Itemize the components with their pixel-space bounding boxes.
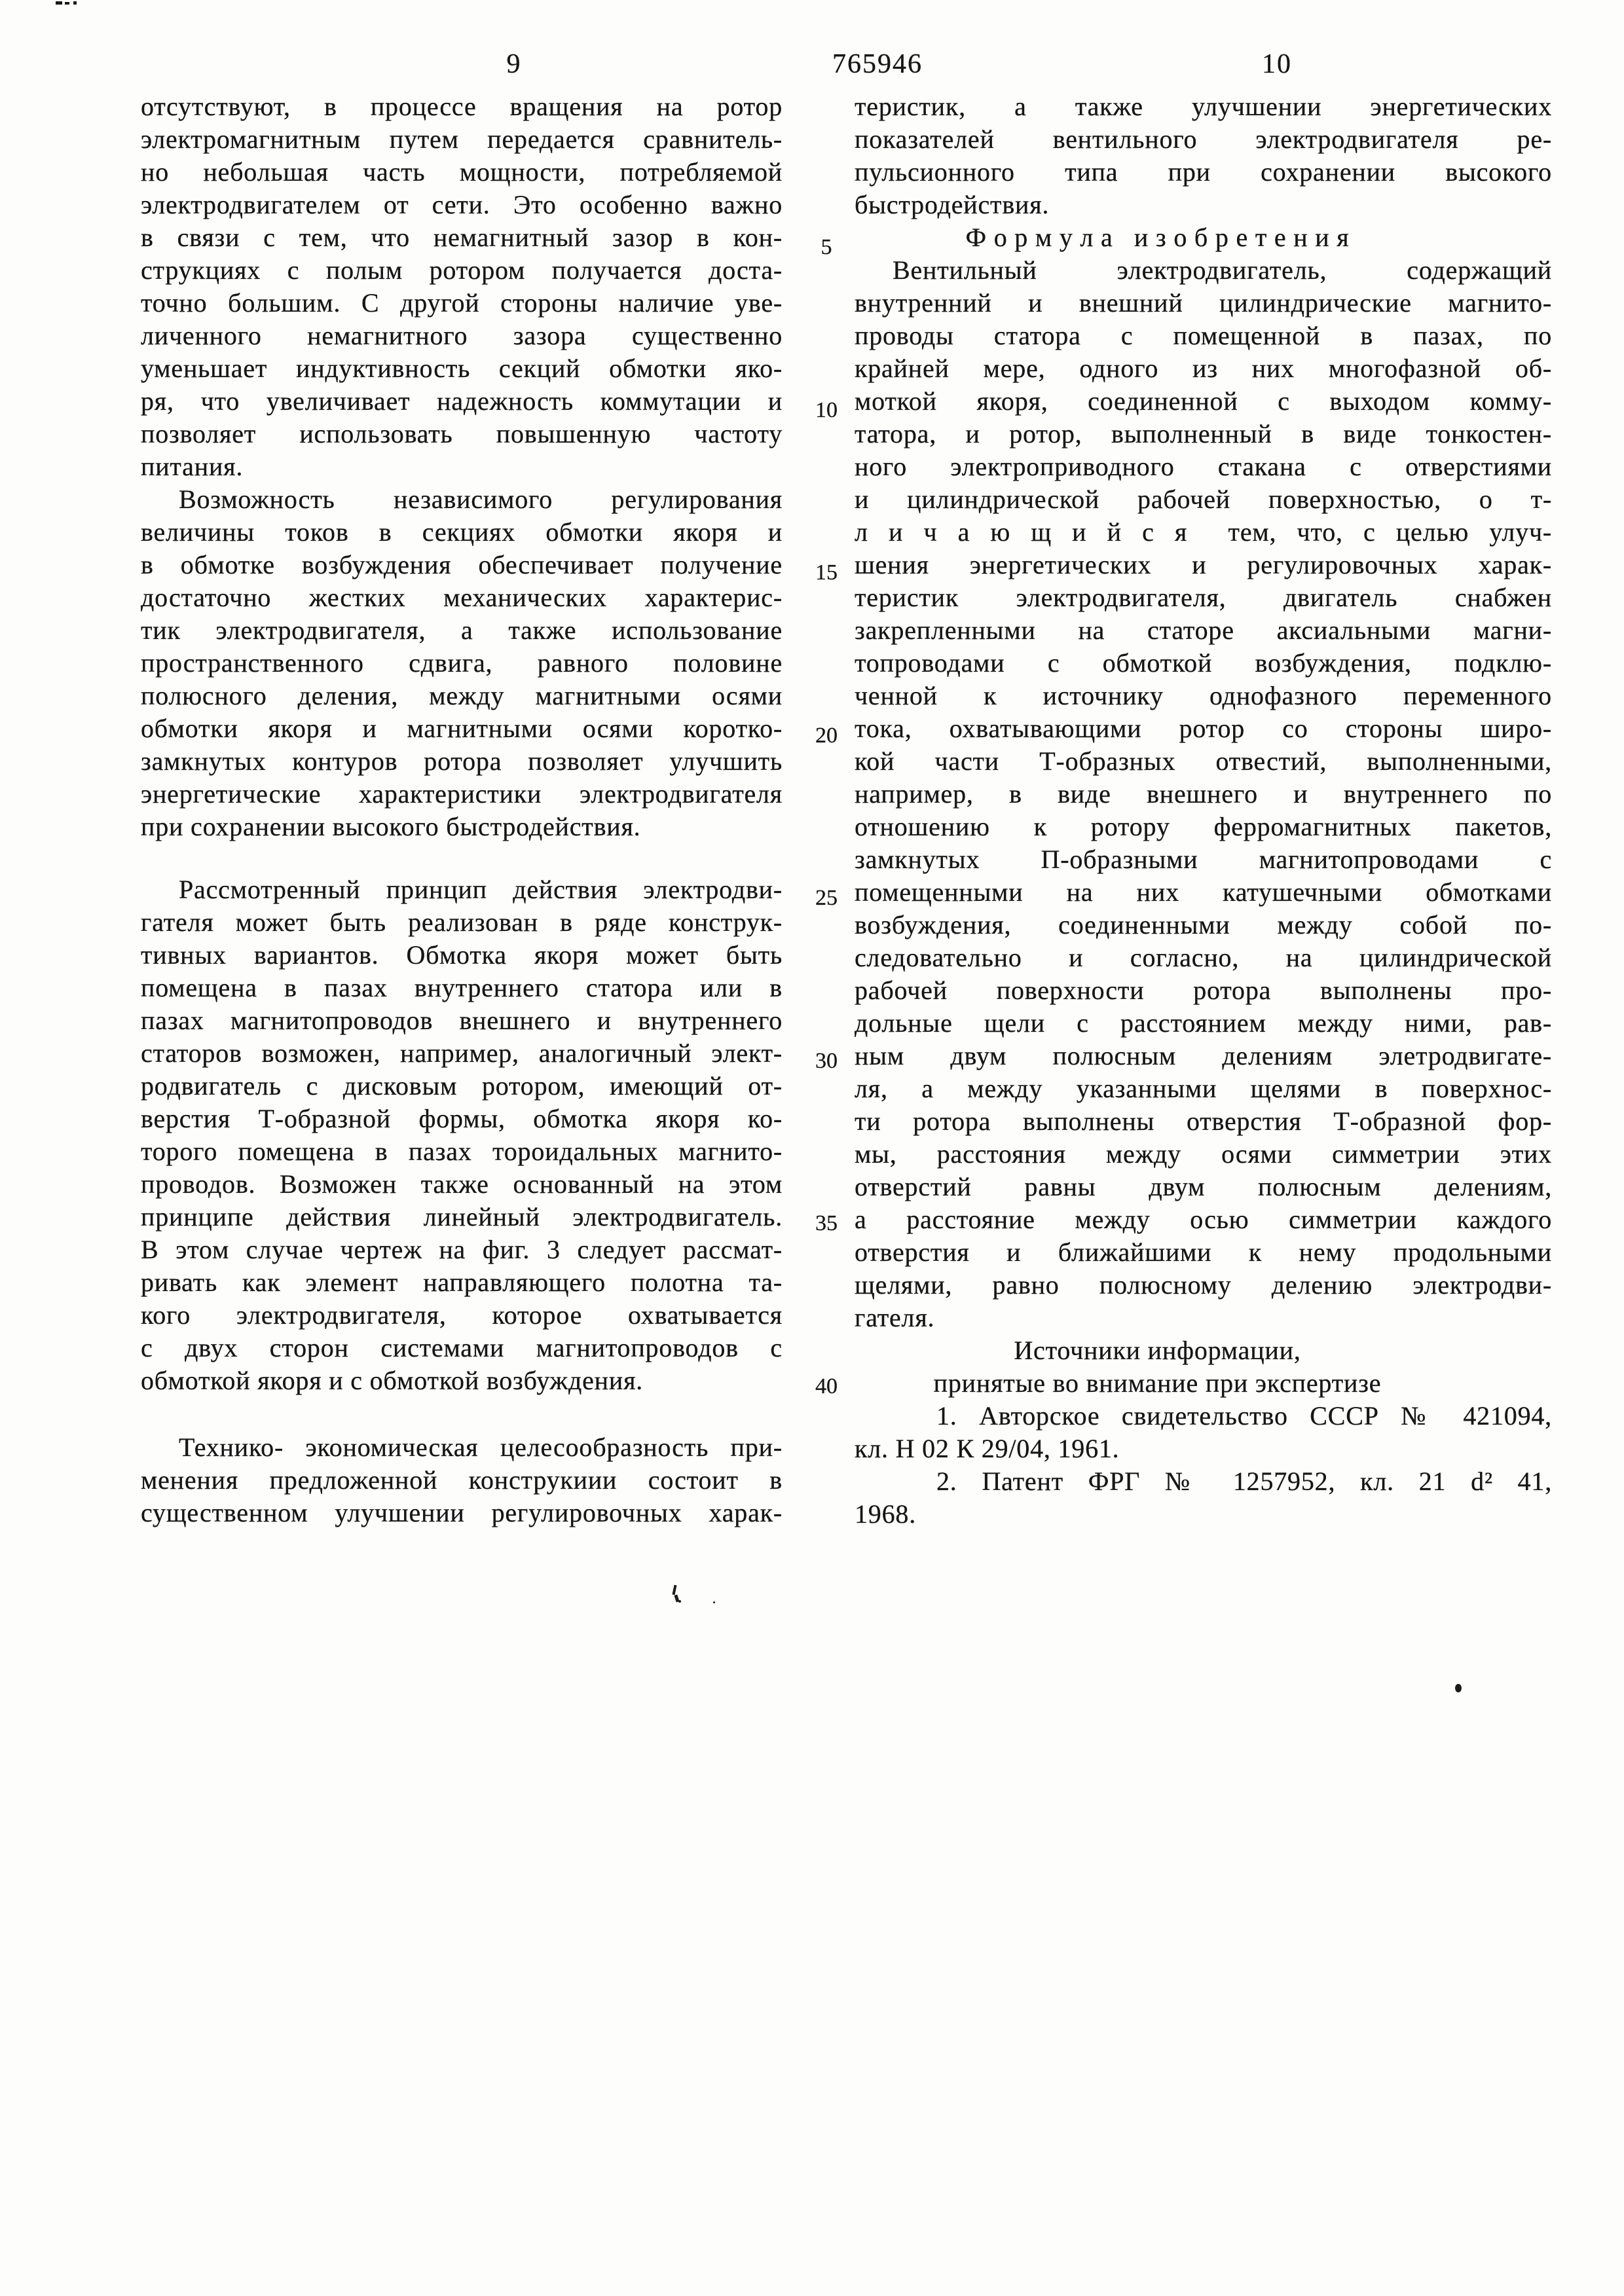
text-line: теристик электродвигателя, двигатель сна…: [855, 581, 1552, 614]
text-line: а расстояние между осью симметрии каждог…: [855, 1203, 1552, 1236]
text-line: Вентильный электродвигатель, содержащий: [855, 254, 1552, 287]
text-line: ти ротора выполнены отверстия Т-образной…: [855, 1105, 1552, 1138]
text-line: но небольшая часть мощности, потребляемо…: [141, 156, 783, 189]
text-line: внутренний и внешний цилиндрические магн…: [855, 287, 1552, 319]
text-line: помещенными на них катушечными обмотками: [855, 876, 1552, 909]
text-line: тивных вариантов. Обмотка якоря может бы…: [141, 939, 783, 972]
text-line: статоров возможен, например, аналогичный…: [141, 1037, 783, 1070]
gutter-line-number: 5: [807, 234, 846, 261]
text-line: родвигатель с дисковым ротором, имеющий …: [141, 1070, 783, 1102]
text-line: в связи с тем, что немагнитный зазор в к…: [141, 221, 783, 254]
text-line: 1968.: [855, 1498, 1552, 1531]
text-line: татора, и ротор, выполненный в виде тонк…: [855, 418, 1552, 450]
text-line: Источники информации,: [855, 1334, 1552, 1367]
text-line: кой части Т-образных отвестий, выполненн…: [855, 745, 1552, 778]
text-line: следовательно и согласно, на цилиндричес…: [855, 941, 1552, 974]
text-line: Технико- экономическая целесообразность …: [141, 1431, 783, 1464]
text-line: пространственного сдвига, равного полови…: [141, 647, 783, 680]
text-line: моткой якоря, соединенной с выходом комм…: [855, 385, 1552, 418]
text-line: дольные щели с расстоянием между ними, р…: [855, 1007, 1552, 1040]
text-line: например, в виде внешнего и внутреннего …: [855, 778, 1552, 811]
text-line: кл. Н 02 К 29/04, 1961.: [855, 1432, 1552, 1465]
text-line: струкциях с полым ротором получается дос…: [141, 254, 783, 287]
text-line: 2. Патент ФРГ № 1257952, кл. 21 d² 41,: [855, 1465, 1552, 1498]
text-line: точно большим. С другой стороны наличие …: [141, 287, 783, 319]
text-line: Ф о р м у л а и з о б р е т е н и я: [855, 221, 1552, 254]
text-line: электромагнитным путем передается сравни…: [141, 123, 783, 156]
text-line: пульсионного типа при сохранении высоког…: [855, 156, 1552, 189]
text-line: личенного немагнитного зазора существенн…: [141, 319, 783, 352]
text-line: энергетические характеристики электродви…: [141, 778, 783, 811]
text-line: пазах магнитопроводов внешнего и внутрен…: [141, 1004, 783, 1037]
text-line: ля, а между указанными щелями в поверхно…: [855, 1072, 1552, 1105]
text-line: закрепленными на статоре аксиальными маг…: [855, 614, 1552, 647]
left-page-number: 9: [458, 48, 570, 80]
text-line: уменьшает индуктивность секций обмотки я…: [141, 352, 783, 385]
text-line: топроводами с обмоткой возбуждения, подк…: [855, 647, 1552, 680]
text-line: величины токов в секциях обмотки якоря и: [141, 516, 783, 549]
text-line: питания.: [141, 450, 783, 483]
scan-artifact-speck: [713, 1601, 715, 1603]
text-line: щелями, равно полюсному делению электрод…: [855, 1269, 1552, 1302]
text-line: верстия Т-образной формы, обмотка якоря …: [141, 1102, 783, 1135]
text-line: принципе действия линейный электродвигат…: [141, 1201, 783, 1233]
text-line: гателя.: [855, 1302, 1552, 1334]
text-line: электродвигателем от сети. Это особенно …: [141, 189, 783, 221]
text-line: В этом случае чертеж на фиг. 3 следует р…: [141, 1233, 783, 1266]
text-line: крайней мере, одного из них многофазной …: [855, 352, 1552, 385]
patent-document-page: 9 765946 10 отсутствуют, в процессе вращ…: [0, 0, 1624, 2296]
text-line: замкнутых контуров ротора позволяет улуч…: [141, 745, 783, 778]
text-line: мы, расстояния между осями симметрии эти…: [855, 1138, 1552, 1171]
gutter-line-number: 30: [807, 1048, 846, 1074]
text-line: обмоткой якоря и с обмоткой возбуждения.: [141, 1364, 783, 1397]
text-line: отверстий равны двум полюсным делениям,: [855, 1171, 1552, 1203]
text-line: помещена в пазах внутреннего статора или…: [141, 972, 783, 1004]
text-line: гателя может быть реализован в ряде конс…: [141, 906, 783, 939]
text-line: 1. Авторское свидетельство СССР № 421094…: [855, 1400, 1552, 1432]
text-line: замкнутых П-образными магнитопроводами с: [855, 843, 1552, 876]
text-line: менения предложенной конструкиии состоит…: [141, 1464, 783, 1497]
text-line: ривать как элемент направляющего полотна…: [141, 1266, 783, 1299]
text-line: при сохранении высокого быстродействия.: [141, 811, 783, 843]
text-line: торого помещена в пазах тороидальных маг…: [141, 1135, 783, 1168]
text-line: достаточно жестких механических характер…: [141, 581, 783, 614]
text-line: Рассмотренный принцип действия электродв…: [141, 873, 783, 906]
right-text-column: теристик, а также улучшении энергетическ…: [855, 90, 1552, 1531]
gutter-line-number: 10: [807, 397, 846, 424]
text-line: л и ч а ю щ и й с я тем, что, с целью ул…: [855, 516, 1552, 549]
text-line: шения энергетических и регулировочных ха…: [855, 549, 1552, 581]
text-line: тик электродвигателя, а также использова…: [141, 614, 783, 647]
text-line: возбуждения, соединенными между собой по…: [855, 909, 1552, 941]
scan-artifact-mark: [672, 1585, 676, 1595]
text-line: ченной к источнику однофазного переменно…: [855, 680, 1552, 712]
gutter-line-number: 40: [807, 1374, 846, 1400]
text-line: отверстия и ближайшими к нему продольным…: [855, 1236, 1552, 1269]
text-line: ного электроприводного стакана с отверст…: [855, 450, 1552, 483]
text-line: ря, что увеличивает надежность коммутаци…: [141, 385, 783, 418]
gutter-line-number: 20: [807, 723, 846, 749]
text-line: позволяет использовать повышенную частот…: [141, 418, 783, 450]
text-line: показателей вентильного электродвигателя…: [855, 123, 1552, 156]
text-line: Возможность независимого регулирования: [141, 483, 783, 516]
text-line: теристик, а также улучшении энергетическ…: [855, 90, 1552, 123]
scan-artifact-speck: [678, 1600, 681, 1603]
text-line: и цилиндрической рабочей поверхностью, о…: [855, 483, 1552, 516]
right-page-number: 10: [1218, 48, 1336, 80]
text-line: в обмотке возбуждения обеспечивает получ…: [141, 549, 783, 581]
text-line: кого электродвигателя, которое охватывае…: [141, 1299, 783, 1332]
text-line: быстродействия.: [855, 189, 1552, 221]
gutter-line-number: 35: [807, 1211, 846, 1237]
scan-artifact-dot: [1455, 1684, 1462, 1692]
scan-artifact-dash: [65, 2, 69, 5]
gutter-line-number: 25: [807, 885, 846, 911]
text-line: тока, охватывающими ротор со стороны шир…: [855, 712, 1552, 745]
text-line: рабочей поверхности ротора выполнены про…: [855, 974, 1552, 1007]
text-line: проводов. Возможен также основанный на э…: [141, 1168, 783, 1201]
text-line: с двух сторон системами магнитопроводов …: [141, 1332, 783, 1364]
left-text-column: отсутствуют, в процессе вращения на рото…: [141, 90, 783, 1529]
text-line: обмотки якоря и магнитными осями коротко…: [141, 712, 783, 745]
scan-artifact-dash: [56, 1, 62, 5]
text-line: ным двум полюсным делениям элетродвигате…: [855, 1040, 1552, 1072]
patent-number: 765946: [805, 48, 950, 80]
text-line: полюсного деления, между магнитными осям…: [141, 680, 783, 712]
text-line: принятые во внимание при экспертизе: [855, 1367, 1552, 1400]
scan-artifact-dash: [73, 1, 77, 5]
gutter-line-number: 15: [807, 560, 846, 586]
text-line: отсутствуют, в процессе вращения на рото…: [141, 90, 783, 123]
text-line: отношению к ротору ферромагнитных пакето…: [855, 811, 1552, 843]
text-line: существенном улучшении регулировочных ха…: [141, 1497, 783, 1529]
text-line: проводы статора с помещенной в пазах, по: [855, 319, 1552, 352]
